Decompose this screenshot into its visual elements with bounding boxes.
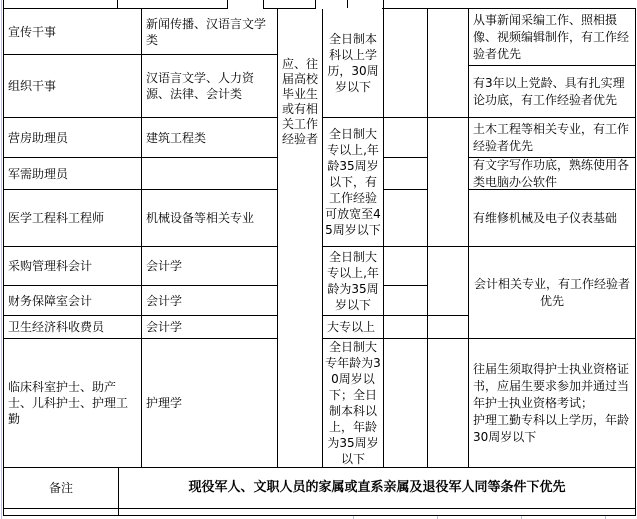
table-border-stub: [263, 0, 264, 9]
major-label: 汉语言文学、人力资源、法律、会计类: [146, 70, 268, 102]
footer-remark-text: 现役军人、文职人员的家属或直系亲属及退役军人同等条件下优先: [188, 480, 565, 496]
major-label: 会计学: [146, 293, 182, 309]
position-label: 采购管理科会计: [8, 258, 92, 274]
cell-partial-bottom: [3, 508, 119, 516]
cell-major-3: 建筑工程类: [141, 117, 278, 158]
cell-empty: [427, 246, 469, 316]
cell-note-6: 会计相关专业，有工作经验者优先: [468, 246, 636, 339]
border-gap: [316, 8, 382, 9]
cell-position-2: 组织干事: [3, 54, 142, 118]
table-border-stub: [117, 0, 118, 9]
major-label: 机械设备等相关专业: [146, 210, 254, 226]
education-text: 大专以上: [327, 319, 375, 335]
cell-position-4: 军需助理员: [3, 157, 142, 190]
cell-note-5: 有维修机械及电子仪表基础: [468, 189, 636, 247]
border-gap: [228, 8, 263, 9]
cell-empty: [383, 189, 428, 247]
recruitment-table-screenshot: 宣传干事 组织干事 营房助理员 军需助理员 医学工程科工程师 采购管理科会计 财…: [0, 0, 637, 519]
note-text: 从事新闻采编工作、照相摄像、视频编辑制作，有工作经验者优先: [473, 12, 633, 63]
note-text: 有3年以上党龄、具有扎实理论功底，有工作经验者优先: [473, 75, 633, 109]
cell-major-4: [141, 157, 278, 190]
table-border-stub: [3, 0, 4, 9]
applicant-requirement-text: 应、往届高校毕业生或有相关工作经验者: [281, 57, 319, 147]
note-text: 有维修机械及电子仪表基础: [473, 210, 617, 227]
cell-note-3: 土木工程等相关专业，有工作经验者优先: [468, 117, 636, 158]
cell-empty: [383, 315, 428, 339]
major-label: 新闻传播、汉语言文学类: [146, 16, 268, 48]
cell-position-5: 医学工程科工程师: [3, 189, 142, 247]
cell-empty: [427, 315, 469, 339]
education-text: 全日制大专年龄为30周岁以下；全日制本科以上，年龄为35周岁以下: [325, 339, 381, 467]
sheet-gridline: [1, 0, 2, 519]
cell-empty: [383, 157, 428, 190]
cell-education-2: 全日制大专以上,年龄35周岁以下，有工作经验可放宽至45周岁以下: [322, 117, 384, 247]
cell-footer-remark: 现役军人、文职人员的家属或直系亲属及退役军人同等条件下优先: [118, 467, 636, 509]
position-label: 临床科室护士、助产士、儿科护士、护理工勤: [8, 379, 139, 427]
cell-major-9: 护理学: [141, 338, 278, 468]
note-text: 往届生须取得护士执业资格证书，应届生要求参加并通过当年护士执业资格考试； 护理工…: [473, 361, 633, 446]
table-border-stub: [383, 0, 384, 9]
cell-empty: [383, 8, 428, 118]
cell-empty: [427, 338, 469, 468]
cell-position-7: 财务保障室会计: [3, 285, 142, 316]
cell-education-4: 大专以上: [322, 315, 384, 339]
cell-empty: [427, 117, 469, 247]
cell-position-1: 宣传干事: [3, 8, 142, 55]
cell-major-8: 会计学: [141, 315, 278, 339]
cell-position-9: 临床科室护士、助产士、儿科护士、护理工勤: [3, 338, 142, 468]
cell-empty: [383, 338, 428, 468]
cell-position-3: 营房助理员: [3, 117, 142, 158]
cell-major-6: 会计学: [141, 246, 278, 286]
cell-major-1: 新闻传播、汉语言文学类: [141, 8, 278, 55]
note-text: 有文字写作功底，熟练使用各类电脑办公软件: [473, 157, 633, 191]
position-label: 财务保障室会计: [8, 293, 92, 309]
cell-major-7: 会计学: [141, 285, 278, 316]
major-label: 会计学: [146, 319, 182, 335]
position-label: 卫生经济科收费员: [8, 319, 104, 335]
position-label: 组织干事: [8, 78, 56, 94]
education-text: 全日制本科以上学历，30周岁以下: [325, 31, 381, 95]
cell-empty: [383, 117, 428, 158]
major-label: 建筑工程类: [146, 130, 206, 146]
cell-position-6: 采购管理科会计: [3, 246, 142, 286]
cell-note-7: 往届生须取得护士执业资格证书，应届生要求参加并通过当年护士执业资格考试； 护理工…: [468, 338, 636, 468]
footer-label-text: 备注: [49, 480, 73, 496]
position-label: 营房助理员: [8, 130, 68, 146]
position-label: 医学工程科工程师: [8, 210, 104, 226]
cell-empty: [383, 246, 428, 286]
cell-major-5: 机械设备等相关专业: [141, 189, 278, 247]
cell-note-4: 有文字写作功底，熟练使用各类电脑办公软件: [468, 157, 636, 190]
cell-position-8: 卫生经济科收费员: [3, 315, 142, 339]
position-label: 宣传干事: [8, 24, 56, 40]
cell-partial-bottom: [118, 508, 636, 516]
cell-education-1: 全日制本科以上学历，30周岁以下: [322, 8, 384, 118]
position-label: 军需助理员: [8, 166, 68, 182]
note-text: 会计相关专业，有工作经验者优先: [471, 276, 633, 310]
cell-note-2: 有3年以上党龄、具有扎实理论功底，有工作经验者优先: [468, 65, 636, 118]
education-text: 全日制大专以上,年龄为35周岁以下: [325, 249, 381, 313]
note-text: 土木工程等相关专业，有工作经验者优先: [473, 121, 633, 155]
cell-empty: [427, 8, 469, 118]
major-label: 会计学: [146, 258, 182, 274]
cell-footer-label: 备注: [3, 467, 119, 509]
cell-education-5: 全日制大专年龄为30周岁以下；全日制本科以上，年龄为35周岁以下: [322, 338, 384, 468]
cell-education-3: 全日制大专以上,年龄为35周岁以下: [322, 246, 384, 316]
major-label: 护理学: [146, 395, 182, 411]
cell-major-2: 汉语言文学、人力资源、法律、会计类: [141, 54, 278, 118]
cell-note-1: 从事新闻采编工作、照相摄像、视频编辑制作，有工作经验者优先: [468, 8, 636, 66]
cell-applicant-requirement-merged: 应、往届高校毕业生或有相关工作经验者: [277, 8, 323, 468]
cell-empty: [383, 285, 428, 316]
education-text: 全日制大专以上,年龄35周岁以下，有工作经验可放宽至45周岁以下: [325, 126, 381, 238]
